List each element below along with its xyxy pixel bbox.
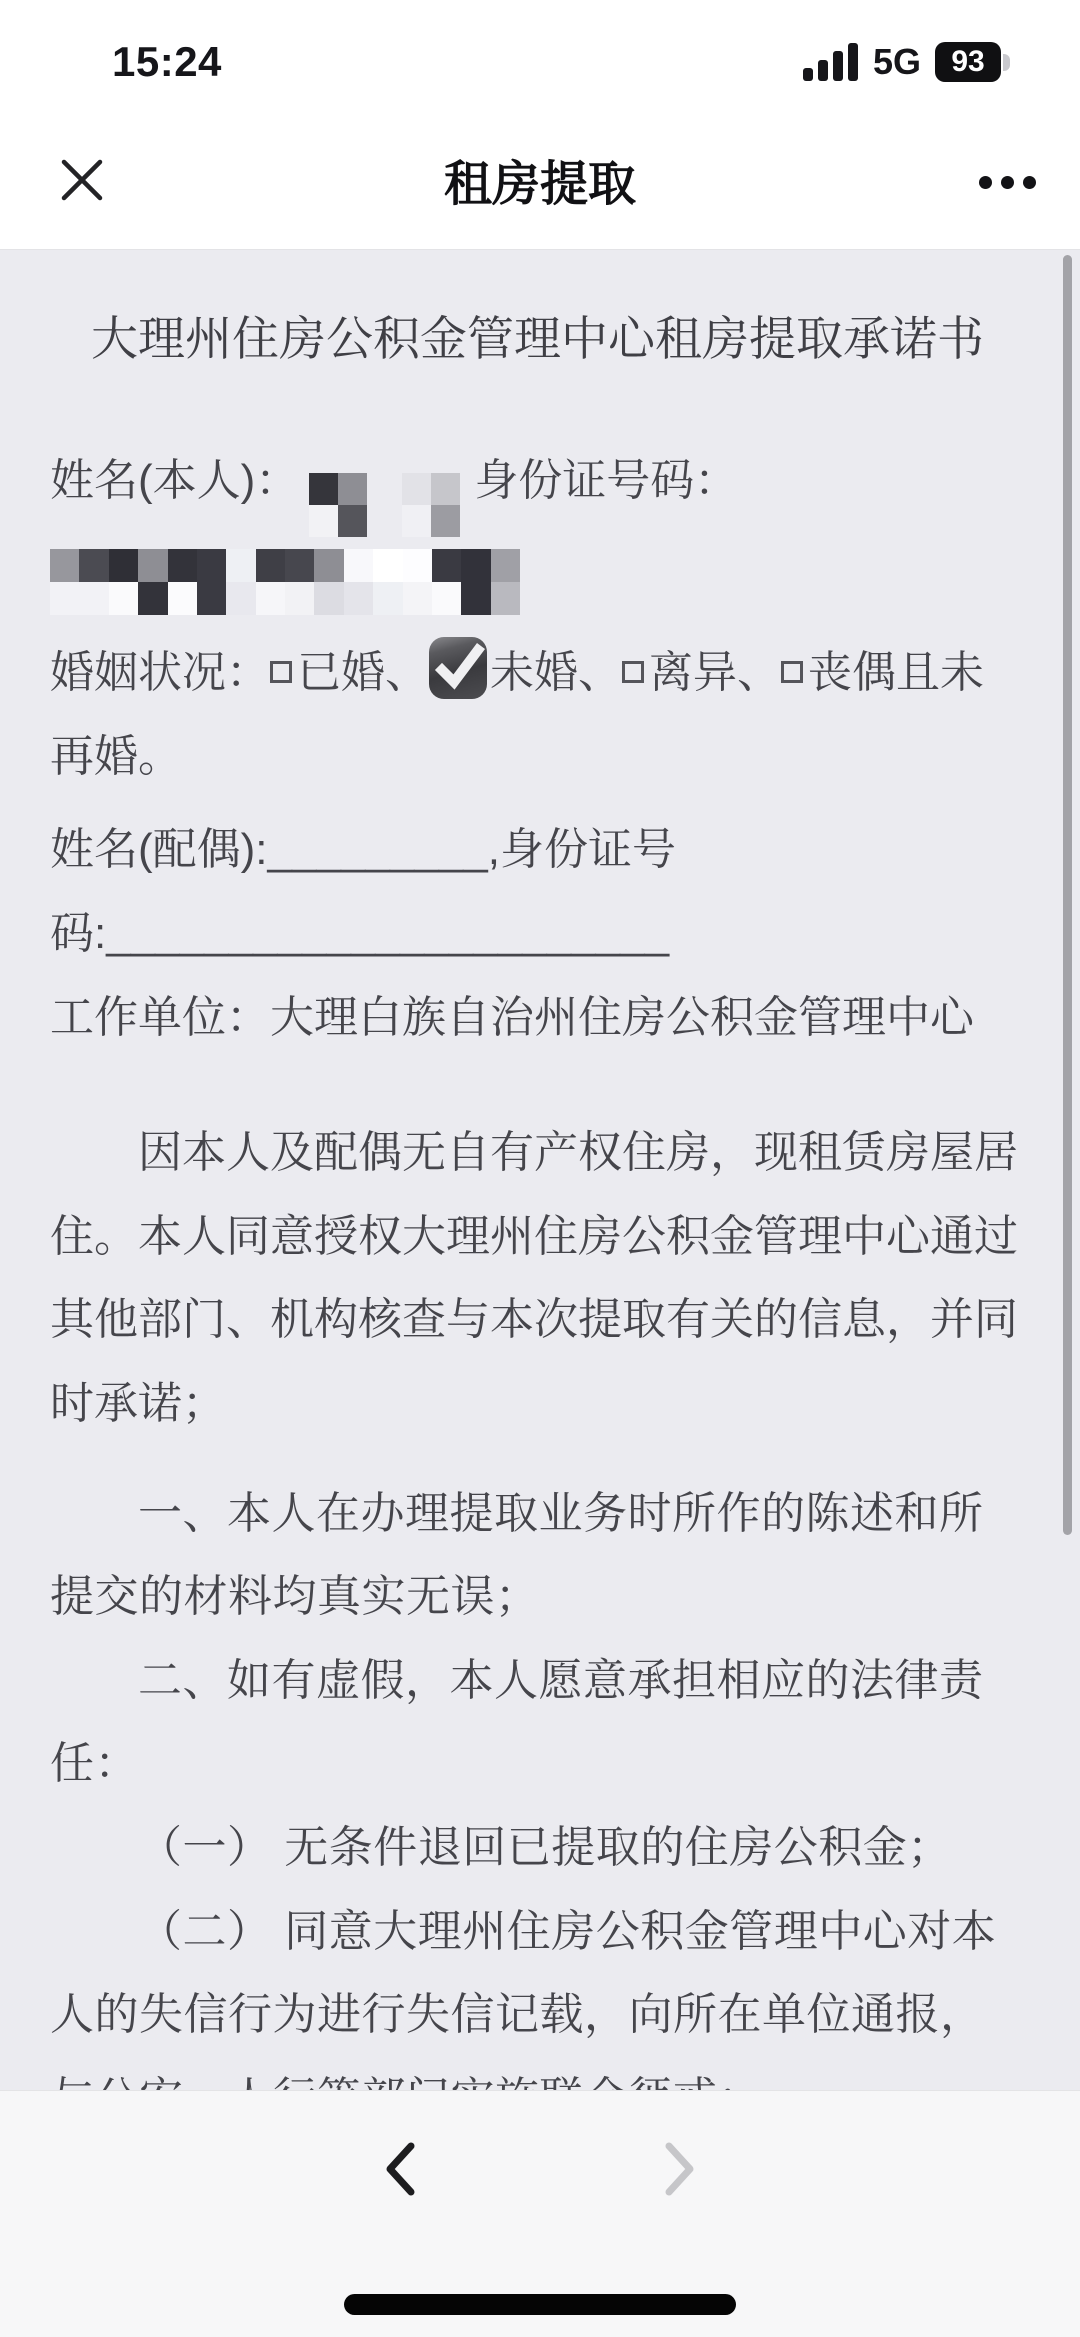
- document-title: 大理州住房公积金管理中心租房提取承诺书: [50, 294, 1025, 383]
- battery-icon: 93: [935, 42, 1010, 82]
- redacted-name-block: [402, 473, 460, 537]
- id-label: 身份证号码：: [474, 456, 738, 505]
- name-id-line: 姓名(本人)：身份证号码：: [50, 439, 1025, 537]
- checkbox-checked-icon: [429, 637, 487, 699]
- marital-status-line: 婚姻状况：已婚、未婚、离异、丧偶且未再婚。: [50, 631, 1025, 798]
- redacted-id-number: [50, 549, 520, 615]
- option-unmarried: 未婚、: [490, 648, 622, 697]
- document-viewer[interactable]: 大理州住房公积金管理中心租房提取承诺书 姓名(本人)：身份证号码： 婚姻状况：已…: [0, 250, 1080, 2090]
- nav-bar: 租房提取: [0, 110, 1080, 249]
- name-label: 姓名(本人)：: [50, 456, 299, 505]
- redacted-name-block: [309, 473, 367, 537]
- list-item-1: 一、本人在办理提取业务时所作的陈述和所提交的材料均真实无误；: [50, 1472, 1025, 1639]
- marital-label: 婚姻状况：: [50, 648, 270, 697]
- scrollbar-thumb[interactable]: [1063, 255, 1072, 1535]
- list-item-2: 二、如有虚假，本人愿意承担相应的法律责任：: [50, 1639, 1025, 1806]
- forward-button[interactable]: [662, 2141, 698, 2197]
- header: 15:24 5G 93 租房提取: [0, 0, 1080, 250]
- battery-cap: [1003, 54, 1010, 71]
- more-menu-icon[interactable]: [979, 176, 1036, 189]
- option-married: 已婚、: [297, 648, 429, 697]
- work-unit-line: 工作单位：大理白族自治州住房公积金管理中心: [50, 976, 1025, 1060]
- page-title: 租房提取: [0, 145, 1080, 214]
- back-button[interactable]: [382, 2141, 418, 2197]
- checkbox-unchecked: [781, 661, 803, 683]
- body-paragraph: 因本人及配偶无自有产权住房，现租赁房屋居住。本人同意授权大理州住房公积金管理中心…: [50, 1111, 1025, 1445]
- battery-percent: 93: [951, 45, 984, 79]
- option-divorced: 离异、: [649, 648, 781, 697]
- status-bar: 15:24 5G 93: [0, 0, 1080, 110]
- browser-toolbar: [0, 2090, 1080, 2337]
- spouse-line: 姓名(配偶):_________,身份证号 码:________________…: [50, 808, 1025, 975]
- wechat-inapp-browser: 15:24 5G 93 租房提取: [0, 0, 1080, 2337]
- home-indicator[interactable]: [344, 2294, 736, 2315]
- status-time: 15:24: [112, 38, 222, 86]
- cellular-signal-icon: [803, 42, 859, 82]
- network-type-label: 5G: [873, 41, 921, 83]
- list-item-2-2: （二） 同意大理州住房公积金管理中心对本人的失信行为进行失信记载，向所在单位通报…: [50, 1890, 1025, 2090]
- checkbox-unchecked: [622, 661, 644, 683]
- checkbox-unchecked: [270, 661, 292, 683]
- status-icons: 5G 93: [803, 41, 1010, 83]
- list-item-2-1: （一） 无条件退回已提取的住房公积金；: [50, 1806, 1025, 1890]
- close-icon[interactable]: [56, 154, 108, 206]
